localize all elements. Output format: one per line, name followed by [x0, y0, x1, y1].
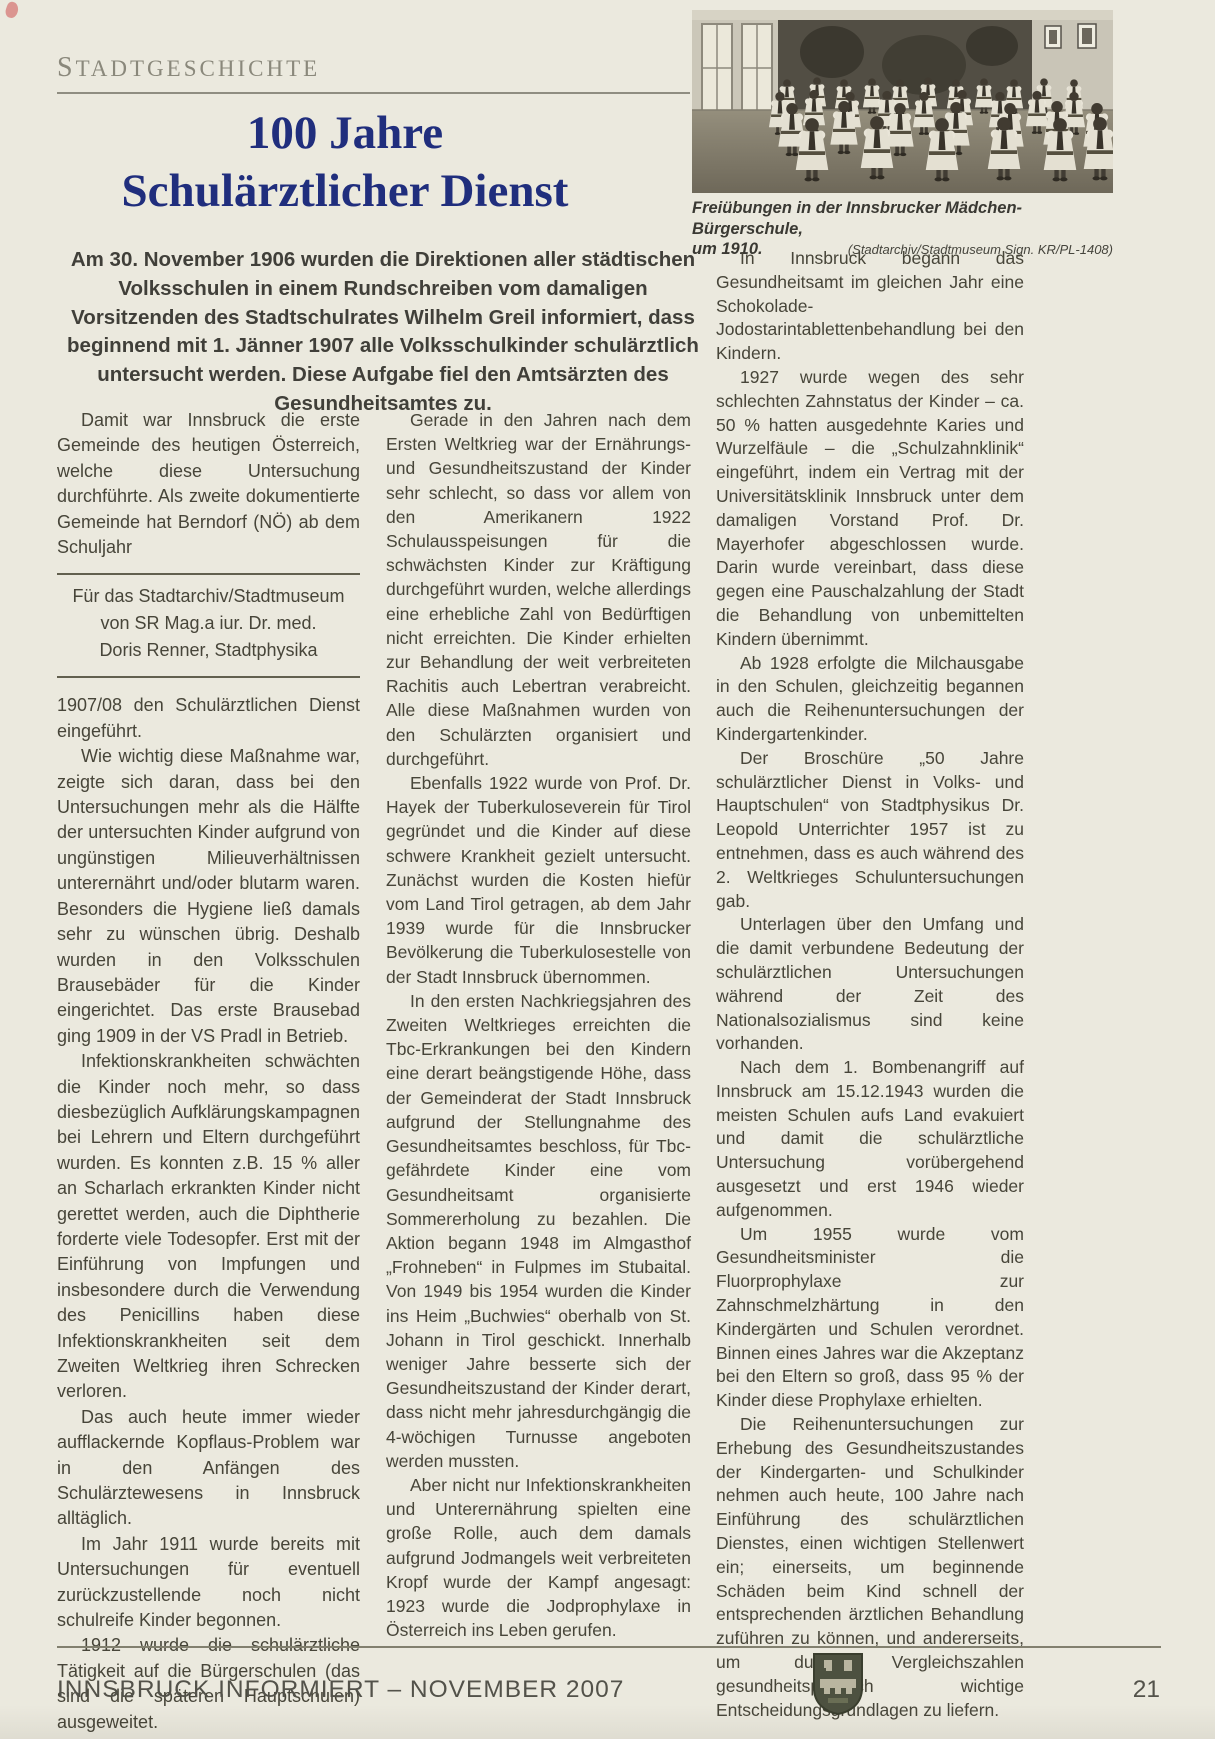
scan-artifact-mark [4, 1, 20, 20]
byline-line2: von SR Mag.a iur. Dr. med. [61, 610, 356, 637]
section-label: STADTGESCHICHTE [57, 52, 320, 84]
body-paragraph: Gerade in den Jahren nach dem Ersten Wel… [386, 408, 691, 771]
magazine-page: STADTGESCHICHTE 100 Jahre Schulärztliche… [0, 0, 1215, 1739]
body-paragraph: Um 1955 wurde vom Gesundheitsminister di… [716, 1223, 1024, 1413]
page-bottom-shade [0, 1705, 1215, 1739]
byline-line1: Für das Stadtarchiv/Stadtmuseum [61, 583, 356, 610]
body-paragraph: In Innsbruck begann das Gesundheitsamt i… [716, 247, 1024, 366]
body-paragraph: Wie wichtig diese Maßnahme war, zeigte s… [57, 744, 360, 1049]
body-paragraph: 1927 wurde wegen des sehr schlechten Zah… [716, 366, 1024, 652]
body-paragraph: Unterlagen über den Umfang und die damit… [716, 913, 1024, 1056]
article-title-line1: 100 Jahre [55, 104, 635, 162]
article-title-line2: Schulärztlicher Dienst [55, 162, 635, 220]
body-paragraph: Der Broschüre „50 Jahre schulärztlicher … [716, 747, 1024, 914]
column-3: In Innsbruck begann das Gesundheitsamt i… [716, 247, 1024, 1722]
column-1-rest: 1907/08 den Schulärztlichen Dienst einge… [57, 693, 360, 1735]
photo-block: Freiübungen in der Innsbrucker Mädchen-B… [692, 10, 1113, 259]
column-1-top: Damit war Innsbruck die erste Gemeinde d… [57, 408, 360, 560]
footer-magazine-title: INNSBRUCK INFORMIERT – NOVEMBER 2007 [57, 1676, 624, 1704]
article-lead-paragraph: Am 30. November 1906 wurden die Direktio… [62, 246, 704, 419]
body-paragraph: Die Reihenuntersuchungen zur Erhebung de… [716, 1413, 1024, 1722]
body-paragraph: Damit war Innsbruck die erste Gemeinde d… [57, 408, 360, 560]
column-2: Gerade in den Jahren nach dem Ersten Wel… [386, 408, 691, 1642]
byline-line3: Doris Renner, Stadtphysika [61, 637, 356, 664]
body-paragraph: Ab 1928 erfolgte die Milchausgabe in den… [716, 652, 1024, 747]
body-paragraph: Im Jahr 1911 wurde bereits mit Untersuch… [57, 1532, 360, 1634]
body-paragraph: In den ersten Nachkriegsjahren des Zweit… [386, 989, 691, 1473]
body-paragraph: Das auch heute immer wieder aufflackernd… [57, 1405, 360, 1532]
page-number: 21 [1100, 1676, 1160, 1704]
body-paragraph: Nach dem 1. Bombenangriff auf Innsbruck … [716, 1056, 1024, 1223]
historic-class-photo [692, 10, 1113, 193]
photo-caption-text: Freiübungen in der Innsbrucker Mädchen-B… [692, 198, 1113, 240]
column-1: Damit war Innsbruck die erste Gemeinde d… [57, 408, 360, 1735]
section-rule [57, 92, 690, 94]
body-paragraph: Ebenfalls 1922 wurde von Prof. Dr. Hayek… [386, 771, 691, 989]
footer-rule [57, 1646, 1161, 1648]
article-title: 100 Jahre Schulärztlicher Dienst [55, 104, 635, 220]
body-paragraph: Aber nicht nur Infektionskrankheiten und… [386, 1473, 691, 1642]
body-paragraph: Infektionskrankheiten schwächten die Kin… [57, 1049, 360, 1405]
body-paragraph: 1907/08 den Schulärztlichen Dienst einge… [57, 693, 360, 744]
byline-box: Für das Stadtarchiv/Stadtmuseum von SR M… [57, 573, 360, 678]
